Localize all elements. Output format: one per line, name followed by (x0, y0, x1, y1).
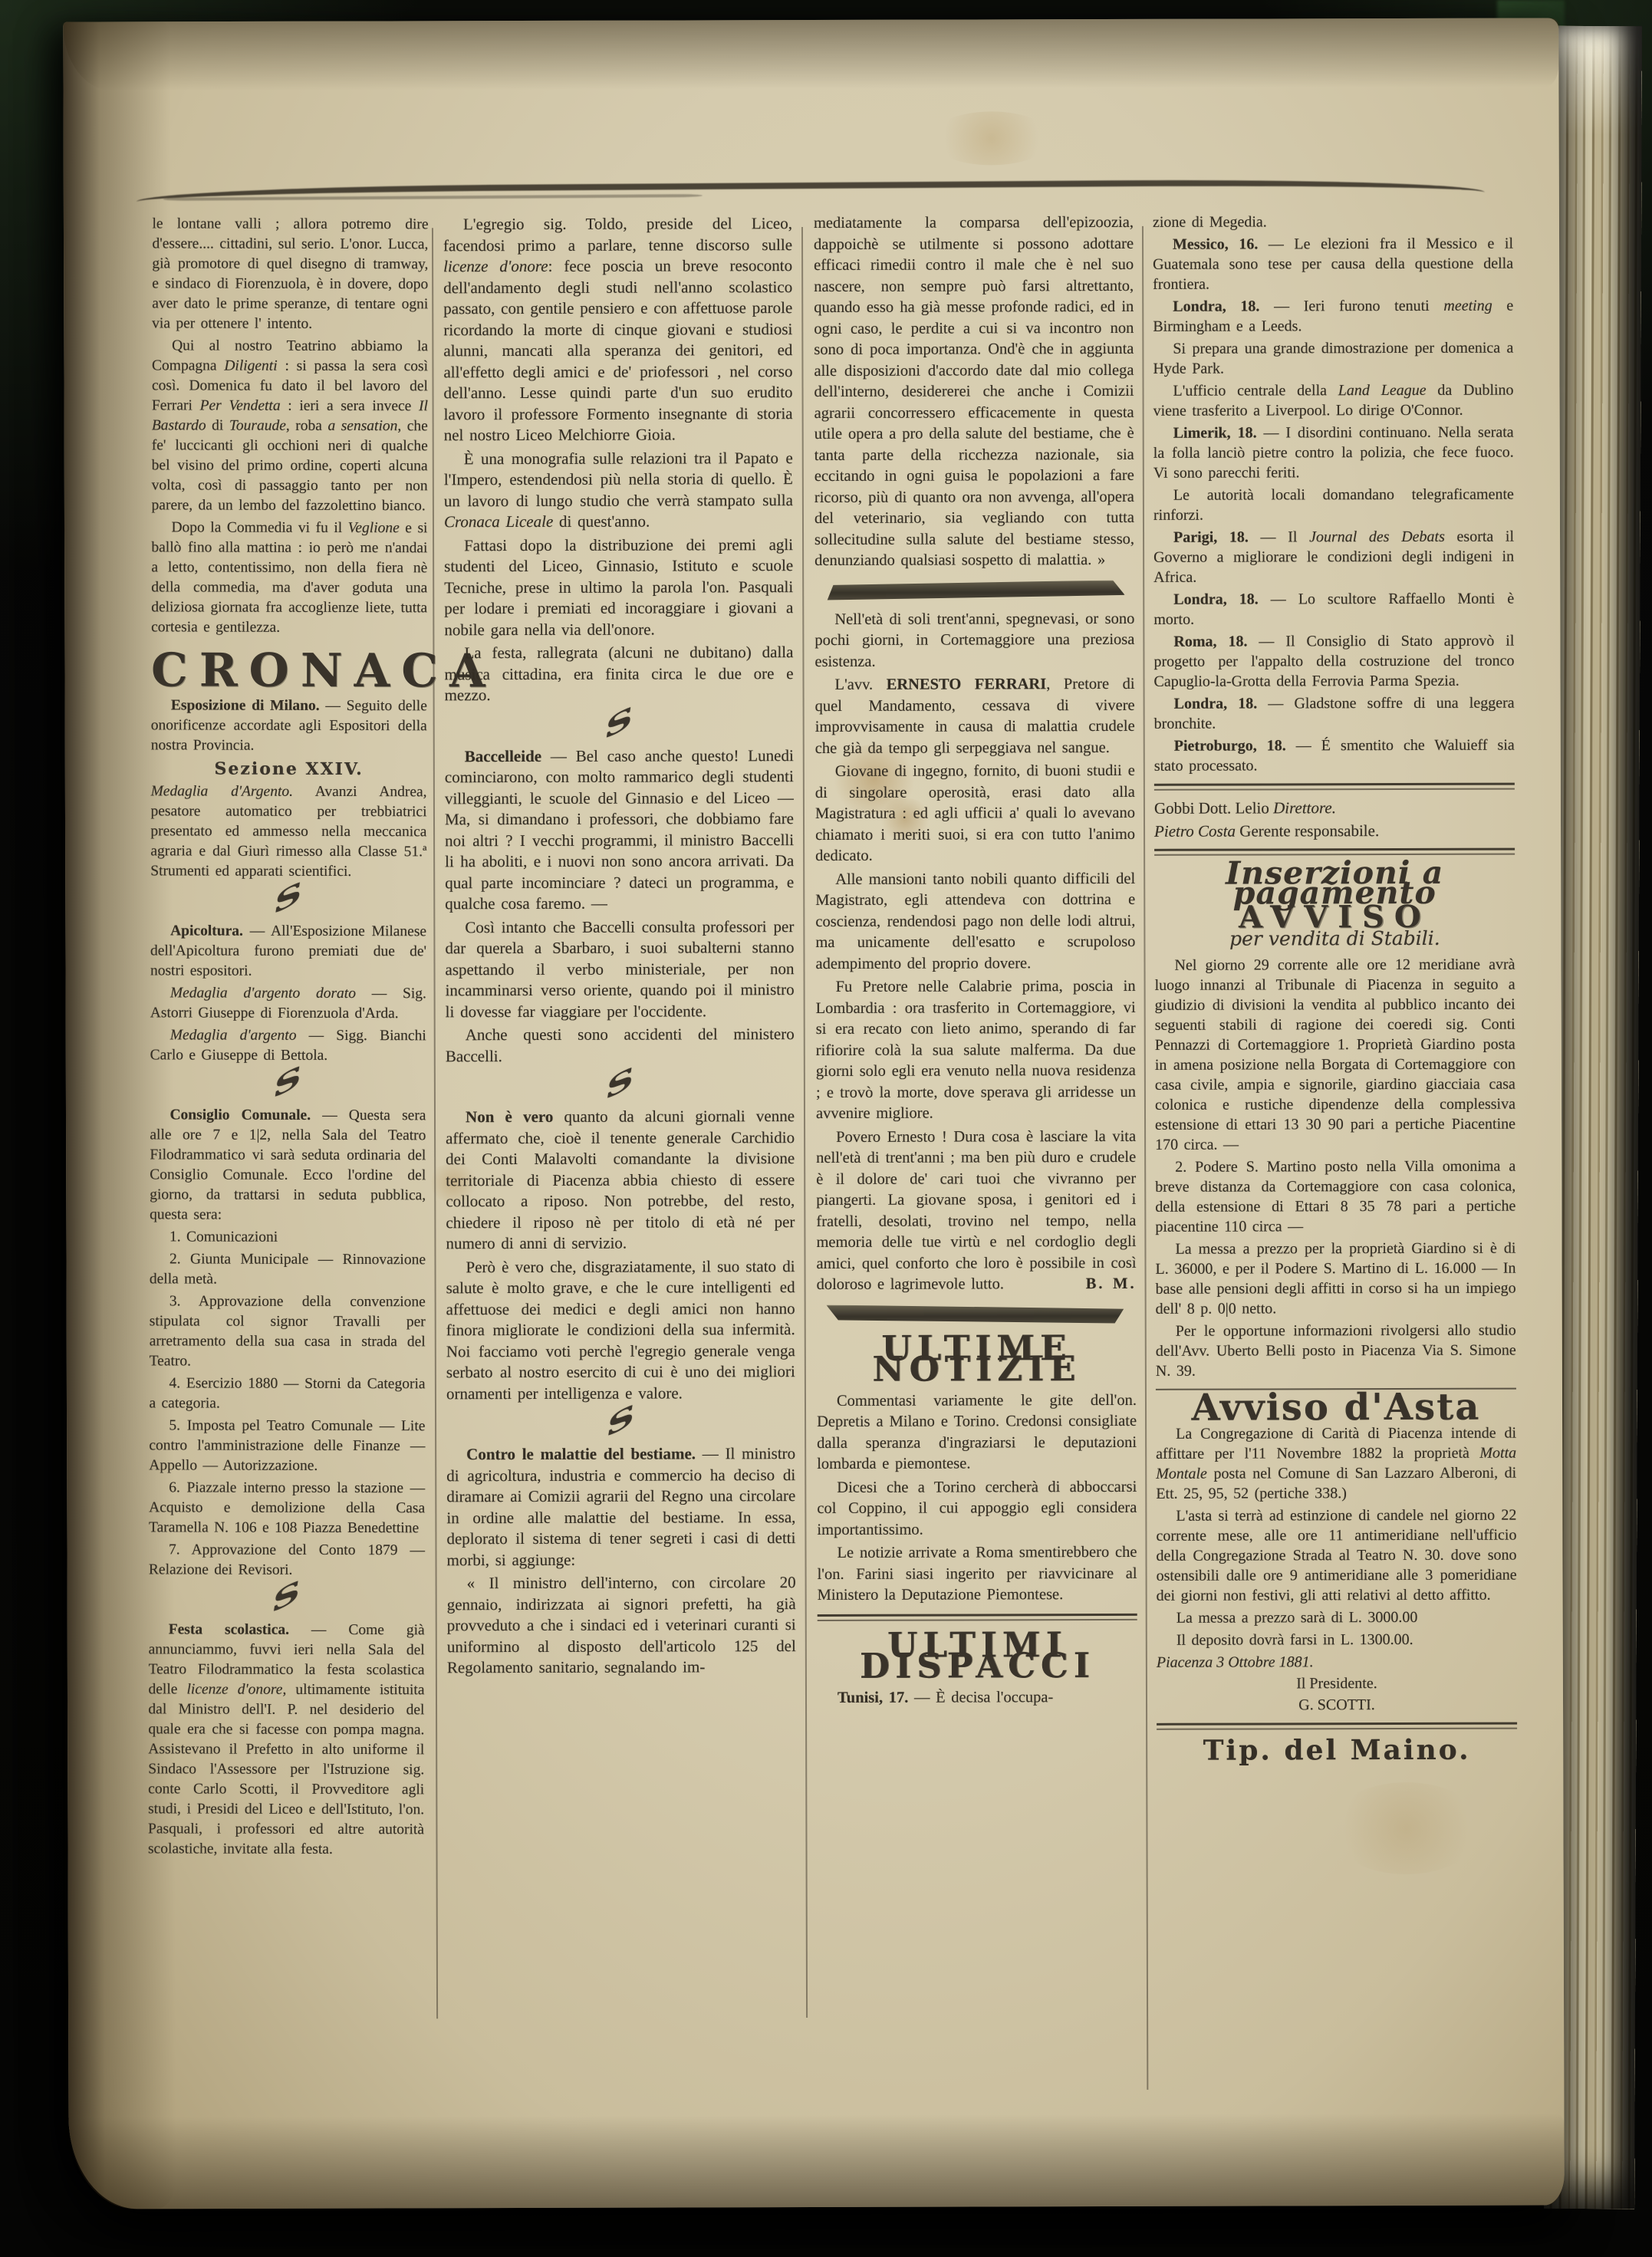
paragraph: Medaglia d'argento — Sigg. Bianchi Carlo… (150, 1025, 426, 1066)
tapered-ink-bar (824, 580, 1125, 600)
paragraph: L'avv. ERNESTO FERRARI, Pretore di quel … (815, 674, 1135, 759)
column-rule (432, 228, 438, 2018)
newspaper-column: L'egregio sig. Toldo, preside del Liceo,… (443, 213, 796, 1681)
paragraph: 2. Podere S. Martino posto nella Villa o… (1155, 1156, 1515, 1237)
paragraph: Parigi, 18. — Il Journal des Debats esor… (1153, 527, 1514, 587)
double-rule (1154, 783, 1515, 791)
stain (930, 111, 1053, 165)
squiggle-glyph: S (606, 1403, 636, 1440)
newspaper-column: mediatamente la comparsa dell'epizoozia,… (814, 212, 1137, 1711)
paragraph: La festa, rallegrata (alcuni ne dubitano… (444, 642, 793, 706)
paragraph: 7. Approvazione del Conto 1879 — Relazio… (149, 1540, 425, 1581)
paragraph: L'egregio sig. Toldo, preside del Liceo,… (443, 213, 793, 446)
heading-banner: ULTIME NOTIZIE (817, 1337, 1137, 1380)
paragraph: 2. Giunta Municipale — Rinnovazione dell… (150, 1249, 426, 1290)
paragraph: L'asta si terrà ad estinzione di candele… (1156, 1505, 1516, 1606)
text-line: G. SCOTTI. (1157, 1695, 1517, 1716)
paragraph: Si prepara una grande dimostrazione per … (1153, 338, 1513, 379)
newspaper-column: le lontane valli ; allora potremo dire d… (148, 214, 429, 1862)
paragraph: Le notizie arrivate a Roma smentirebbero… (817, 1542, 1137, 1607)
text-line: Pietro Costa Gerente responsabile. (1154, 821, 1515, 841)
paragraph: Medaglia d'argento dorato — Sig. Astorri… (150, 983, 426, 1024)
paragraph: Londra, 18. — Lo scultore Raffaello Mont… (1153, 589, 1514, 630)
squiggle-glyph: S (605, 1065, 635, 1103)
paragraph: La messa a prezzo sarà di L. 3000.00 (1157, 1607, 1517, 1628)
text-line: Piacenza 3 Ottobre 1881. (1157, 1652, 1517, 1673)
newspaper-column: zione di Megedia.Messico, 16. — Le elezi… (1153, 212, 1517, 1761)
paragraph: Dopo la Commedia vi fu il Veglione e si … (151, 518, 427, 638)
double-rule (1157, 1722, 1517, 1730)
squiggle-glyph: S (604, 704, 633, 742)
paragraph: 6. Piazzale interno presso la stazione —… (149, 1478, 425, 1538)
paragraph: Medaglia d'Argento. Avanzi Andrea, pesat… (150, 781, 426, 882)
paragraph: Dicesi che a Torino cercherà di abboccar… (817, 1476, 1137, 1541)
paragraph: Anche questi sono accidenti del minister… (446, 1024, 795, 1067)
paragraph: mediatamente la comparsa dell'epizoozia,… (814, 212, 1134, 572)
paragraph: Commentasi variamente le gite dell'on. D… (817, 1390, 1137, 1475)
text-line: Tip. del Maino. (1157, 1740, 1517, 1761)
paragraph: Contro le malattie del bestiame. — Il mi… (446, 1443, 795, 1571)
paragraph: Londra, 18. — Ieri furono tenuti meeting… (1153, 296, 1513, 337)
paragraph: L'ufficio centrale della Land League da … (1153, 380, 1514, 421)
text-line: Il Presidente. (1157, 1673, 1517, 1694)
masthead-rule (137, 178, 1485, 216)
paragraph: Fu Pretore nelle Calabrie prima, poscia … (816, 976, 1137, 1125)
squiggle-ornament-icon: S (149, 1587, 425, 1614)
paragraph: Per le opportune informazioni rivolgersi… (1156, 1321, 1516, 1381)
heading-cronaca: CRONACA (151, 660, 427, 681)
paragraph: Così intanto che Baccelli consulta profe… (445, 916, 794, 1023)
stain (1329, 1782, 1483, 1875)
paragraph: Non è vero quanto da alcuni giornali ven… (446, 1106, 795, 1255)
paragraph: 1. Comunicazioni (150, 1227, 426, 1248)
heading-section: Sezione XXIV. (151, 758, 427, 779)
paragraph: Messico, 16. — Le elezioni fra il Messic… (1153, 234, 1513, 294)
paragraph: « Il ministro dell'interno, con circolar… (447, 1572, 796, 1679)
paragraph: 4. Esercizio 1880 — Storni da Categoria … (149, 1374, 425, 1414)
squiggle-glyph: S (271, 1579, 301, 1615)
paragraph: Qui al nostro Teatrino abbiamo la Compag… (152, 336, 429, 516)
paragraph: Giovane di ingegno, fornito, di buoni st… (815, 761, 1135, 867)
paragraph: Le autorità locali domandano telegrafica… (1153, 485, 1514, 525)
double-rule (818, 1613, 1137, 1620)
paragraph: Nel giorno 29 corrente alle ore 12 merid… (1154, 955, 1515, 1155)
paragraph: Baccelleide — Bel caso anche questo! Lun… (445, 745, 795, 915)
heading-inserzioni: Inserzioni a pagamento (1154, 863, 1515, 903)
paragraph: Il deposito dovrà farsi in L. 1300.00. (1157, 1630, 1517, 1650)
column-rule (1142, 226, 1148, 2090)
paragraph: Apicoltura. — All'Esposizione Milanese d… (150, 921, 426, 982)
paragraph: Pietroburgo, 18. — É smentito che Waluie… (1154, 735, 1515, 776)
paragraph: Consiglio Comunale. — Questa sera alle o… (150, 1105, 426, 1226)
paragraph: Limerik, 18. — I disordini continuano. N… (1153, 423, 1514, 483)
paragraph: Roma, 18. — Il Consiglio di Stato approv… (1153, 631, 1514, 692)
heading-subitalic: per vendita di Stabili. (1154, 929, 1515, 949)
paragraph: È una monografia sulle relazioni tra il … (444, 448, 793, 533)
heading-asta: Avviso d'Asta (1156, 1397, 1516, 1418)
paragraph: Londra, 18. — Gladstone soffre di una le… (1154, 693, 1515, 734)
paragraph: Festa scolastica. — Come già annunciammo… (148, 1620, 425, 1860)
squiggle-ornament-icon: S (445, 712, 794, 739)
paragraph: Povero Ernesto ! Dura cosa è lasciare la… (816, 1126, 1137, 1295)
tapered-ink-bar (826, 1304, 1127, 1324)
squiggle-ornament-icon: S (150, 888, 426, 915)
top-edge-shadow (63, 18, 1558, 90)
squiggle-ornament-icon: S (150, 1072, 426, 1099)
bottom-edge-shadow (68, 2113, 1564, 2209)
squiggle-ornament-icon: S (446, 1073, 795, 1100)
paragraph: 5. Imposta pel Teatro Comunale — Lite co… (149, 1416, 425, 1476)
squiggle-glyph: S (273, 1064, 303, 1101)
heading-avviso: AVVISO (1154, 907, 1515, 928)
text-line: Gobbi Dott. Lelio Direttore. (1154, 798, 1515, 818)
heading-banner: ULTIMI DISPACCI (818, 1634, 1137, 1676)
paragraph: Tunisi, 17. — È decisa l'occupa- (818, 1686, 1137, 1709)
paragraph: le lontane valli ; allora potremo dire d… (152, 214, 428, 334)
paragraph: La messa a prezzo per la proprietà Giard… (1155, 1239, 1515, 1319)
squiggle-ornament-icon: S (446, 1410, 795, 1437)
paragraph: La Congregazione di Carità di Piacenza i… (1156, 1423, 1516, 1504)
column-rule (801, 227, 808, 2018)
paragraph: Fattasi dopo la distribuzione dei premi … (444, 535, 793, 641)
paragraph: zione di Megedia. (1153, 212, 1513, 232)
paragraph: 3. Approvazione della convenzione stipul… (150, 1291, 426, 1372)
signature: B. M. (1066, 1274, 1137, 1295)
paragraph: Nell'età di soli trent'anni, spegnevasi,… (814, 608, 1134, 673)
newspaper-page: le lontane valli ; allora potremo dire d… (63, 18, 1564, 2209)
paragraph: Esposizione di Milano. — Seguito delle o… (151, 696, 427, 756)
squiggle-glyph: S (274, 880, 304, 916)
paragraph: Alle mansioni tanto nobili quanto diffic… (815, 868, 1135, 975)
paragraph: Però è vero che, disgraziatamente, il su… (446, 1256, 795, 1405)
